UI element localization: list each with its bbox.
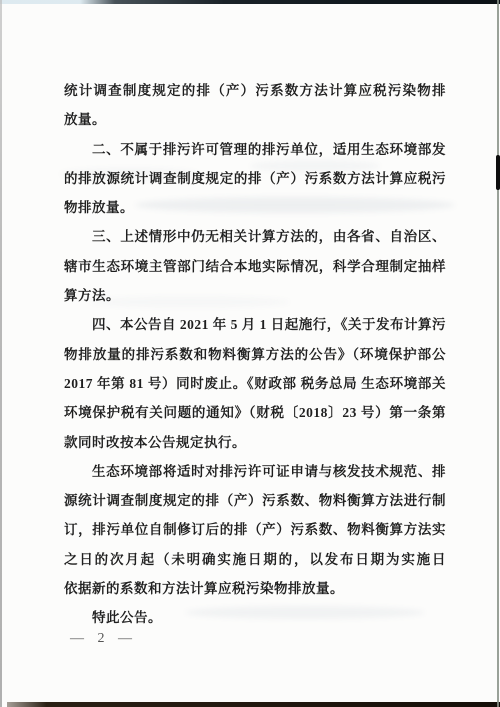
page-number: — 2 — [70,630,137,648]
scan-artifact-bottom-edge [7,702,500,707]
text-line: 四、本公告自 2021 年 5 月 1 日起施行，《关于发布计算污染 [64,310,446,339]
text-line: 的排放源统计调查制度规定的排（产）污系数方法计算应税污染 [64,164,446,193]
text-line: 算方法。 [64,281,446,310]
text-line: 源统计调查制度规定的排（产）污系数、物料衡算方法进行制修 [64,486,446,515]
text-line: 依据新的系数和方法计算应税污染物排放量。 [64,574,446,603]
text-line: 环境保护税有关问题的通知》（财税〔2018〕23 号）第一条第二 [64,398,446,427]
paragraph: 二、不属于排污许可管理的排污单位，适用生态环境部发布的排放源统计调查制度规定的排… [64,135,446,223]
text-line: 物排放量。 [64,193,446,222]
text-line: 订，排污单位自制修订后的排（产）污系数、物料衡算方法实施 [64,515,446,544]
paragraph: 特此公告。 [64,603,446,632]
text-line: 辖市生态环境主管部门结合本地实际情况，科学合理制定抽样测 [64,252,446,281]
text-line: 放量。 [64,105,446,134]
scan-artifact-left-edge [0,0,2,707]
text-line: 二、不属于排污许可管理的排污单位，适用生态环境部发布 [64,135,446,164]
text-line: 生态环境部将适时对排污许可证申请与核发技术规范、排放 [64,457,446,486]
scan-artifact-top-edge [0,0,500,4]
text-line: 三、上述情形中仍无相关计算方法的，由各省、自治区、直 [64,222,446,251]
paragraph: 生态环境部将适时对排污许可证申请与核发技术规范、排放源统计调查制度规定的排（产）… [64,457,446,603]
text-line: 特此公告。 [64,603,446,632]
text-line: 款同时改按本公告规定执行。 [64,428,446,457]
text-line: 统计调查制度规定的排（产）污系数方法计算应税污染物排 [64,76,446,105]
paragraph: 三、上述情形中仍无相关计算方法的，由各省、自治区、直辖市生态环境主管部门结合本地… [64,222,446,310]
scanned-document-page: 统计调查制度规定的排（产）污系数方法计算应税污染物排放量。二、不属于排污许可管理… [0,0,500,707]
text-line: 之日的次月起（未明确实施日期的，以发布日期为实施日期）， [64,545,446,574]
paragraph: 统计调查制度规定的排（产）污系数方法计算应税污染物排放量。 [64,76,446,135]
scan-artifact-right-edge [497,0,499,707]
text-line: 2017 年第 81 号）同时废止。《财政部 税务总局 生态环境部关于 [64,369,446,398]
paragraph: 四、本公告自 2021 年 5 月 1 日起施行，《关于发布计算污染物排放量的排… [64,310,446,456]
text-block: 统计调查制度规定的排（产）污系数方法计算应税污染物排放量。二、不属于排污许可管理… [64,76,446,633]
text-line: 物排放量的排污系数和物料衡算方法的公告》（环境保护部公告 [64,340,446,369]
scan-artifact-right-blob [496,155,500,190]
